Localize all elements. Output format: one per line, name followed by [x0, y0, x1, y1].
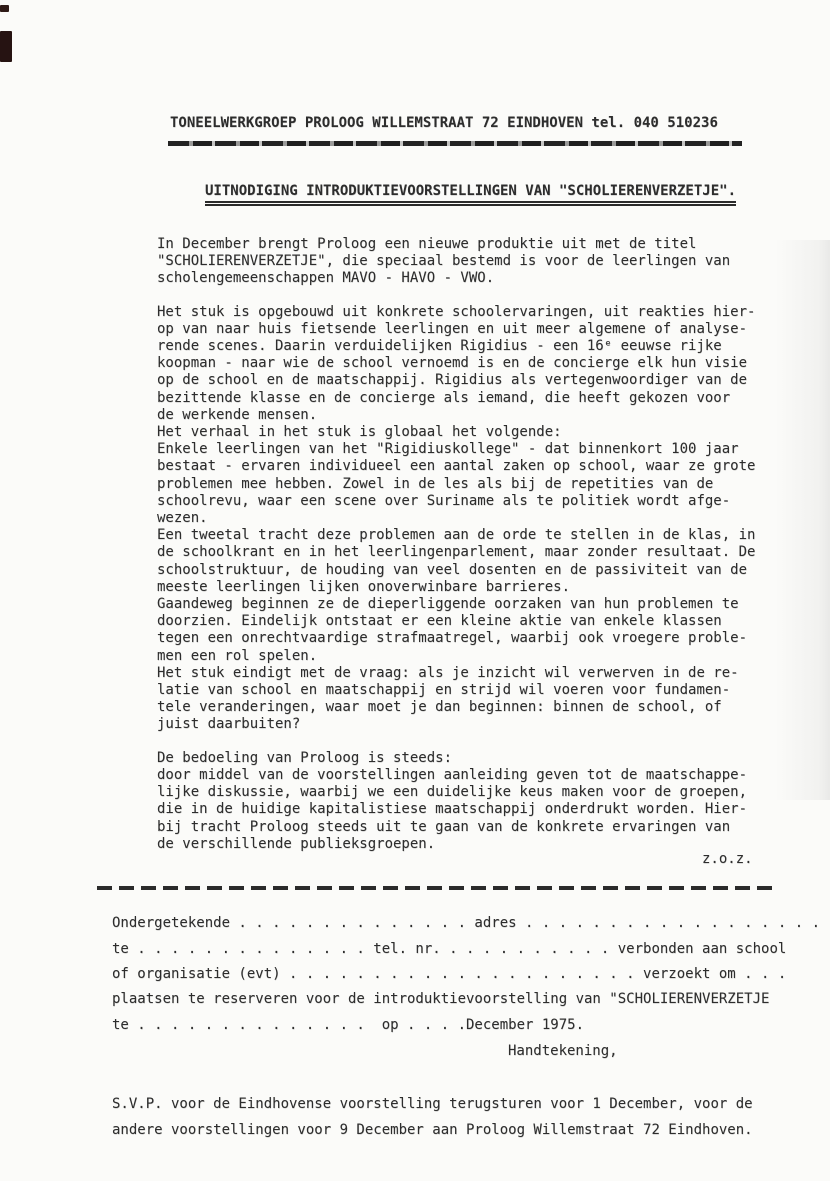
letterhead-underline	[168, 141, 742, 146]
dashed-cutoff-line	[97, 886, 778, 890]
document-page: TONEELWERKGROEP PROLOOG WILLEMSTRAAT 72 …	[0, 0, 830, 1181]
paragraph-mission: De bedoeling van Proloog is steeds: door…	[157, 750, 755, 853]
scan-artifact-large	[0, 31, 12, 62]
document-title: UITNODIGING INTRODUKTIEVOORSTELLINGEN VA…	[205, 183, 736, 206]
form-line-organisation: of organisatie (evt) . . . . . . . . . .…	[112, 966, 786, 982]
paragraph-intro: In December brengt Proloog een nieuwe pr…	[157, 236, 755, 288]
form-line-location-date: te . . . . . . . . . . . . . . op . . . …	[112, 1017, 584, 1033]
scan-artifact-small	[0, 5, 9, 12]
body-text: In December brengt Proloog een nieuwe pr…	[157, 236, 755, 853]
form-line-reservation: plaatsen te reserveren voor de introdukt…	[112, 991, 769, 1007]
footer-instructions: S.V.P. voor de Eindhovense voorstelling …	[112, 1091, 753, 1143]
paper-crease-shadow	[775, 240, 830, 800]
signature-label: Handtekening,	[508, 1043, 618, 1059]
turn-over-note: z.o.z.	[702, 851, 753, 867]
letterhead: TONEELWERKGROEP PROLOOG WILLEMSTRAAT 72 …	[170, 115, 718, 131]
form-line-city-phone: te . . . . . . . . . . . . . . tel. nr. …	[112, 941, 786, 957]
paragraph-story: Het stuk is opgebouwd uit konkrete schoo…	[157, 304, 755, 734]
form-line-name-address: Ondergetekende . . . . . . . . . . . . .…	[112, 915, 820, 931]
